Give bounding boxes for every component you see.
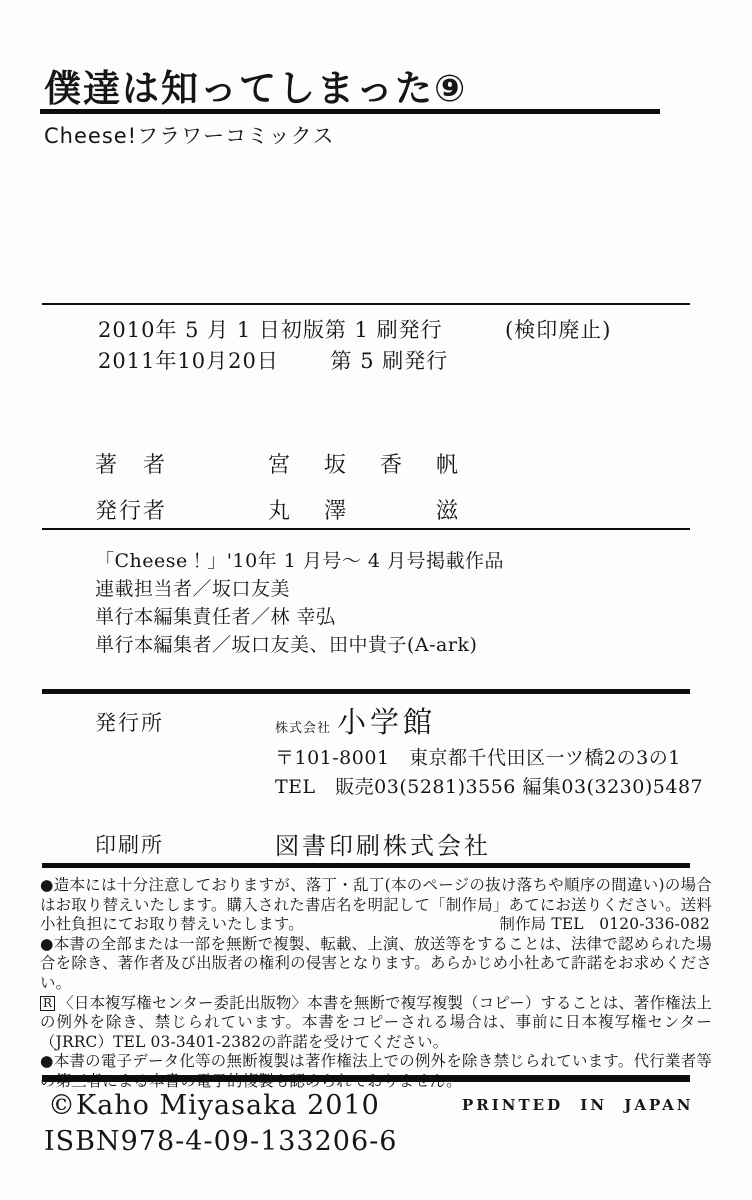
publisher-top-rule: [42, 689, 690, 694]
footer-rule: [42, 1075, 690, 1082]
legal-copyright-paragraph: ●本書の全部または一部を無断で複製、転載、上演、放送等をすることは、法律で認めら…: [40, 935, 712, 994]
publisher-person-name: 丸 澤 滋: [268, 494, 464, 525]
legal-jrrc-text: 〈日本複写権センター委託出版物〉本書を無断で複写複製（コピー）することは、著作権…: [40, 994, 712, 1051]
legal-digital-paragraph: ●本書の電子データ化等の無断複製は著作権法上での例外を除き禁じられています。代行…: [40, 1052, 712, 1091]
author-name: 宮 坂 香 帆: [268, 448, 464, 479]
publisher-person-label: 発行者: [95, 494, 167, 525]
legal-notices: ●造本には十分注意しておりますが、落丁・乱丁(本のページの抜け落ちや順序の間違い…: [40, 876, 712, 1092]
publishing-house-label: 発行所: [95, 707, 164, 737]
company-prefix: 株式会社: [275, 721, 331, 736]
printed-in-japan: PRINTED IN JAPAN: [462, 1096, 694, 1114]
printer-bottom-rule: [42, 863, 690, 868]
serialization-block: 「Cheese！」'10年 1 月号～ 4 月号掲載作品 連載担当者／坂口友美 …: [95, 547, 504, 659]
inspection-note: (検印廃止): [505, 314, 611, 344]
book-title: 僕達は知ってしまった⑨: [44, 58, 467, 112]
isbn-line: ISBN978-4-09-133206-6: [44, 1126, 397, 1157]
copyright-line: ©Kaho Miyasaka 2010: [48, 1090, 380, 1121]
imprint-line: Cheese!フラワーコミックス: [44, 120, 334, 150]
serialization-line: 「Cheese！」'10年 1 月号～ 4 月号掲載作品: [95, 547, 504, 575]
publisher-address: 〒101-8001 東京都千代田区一ツ橋2の3の1: [275, 743, 681, 770]
edition-top-rule: [42, 303, 690, 305]
current-printing-line: 2011年10月20日 第 5 刷発行: [98, 345, 448, 375]
publishing-house-name: 株式会社小学館: [275, 700, 436, 741]
credits-bottom-rule: [42, 528, 690, 530]
serialization-line: 単行本編集者／坂口友美、田中貴子(A-ark): [95, 631, 504, 659]
author-label: 著 者: [95, 448, 167, 479]
legal-jrrc-paragraph: R〈日本複写権センター委託出版物〉本書を無断で複写複製（コピー）することは、著作…: [40, 994, 712, 1053]
company-name: 小学館: [337, 705, 436, 739]
printer-label: 印刷所: [95, 829, 164, 859]
first-printing-line: 2010年 5 月 1 日初版第 1 刷発行: [98, 314, 443, 344]
jrrc-r-mark: R: [40, 996, 55, 1011]
publisher-tel: TEL 販売03(5281)3556 編集03(3230)5487: [275, 772, 703, 799]
production-bureau-tel: 制作局 TEL 0120-336-082: [492, 915, 711, 935]
colophon-page: 僕達は知ってしまった⑨ Cheese!フラワーコミックス 2010年 5 月 1…: [0, 0, 752, 1200]
serialization-line: 単行本編集責任者／林 幸弘: [95, 603, 504, 631]
printer-name: 図書印刷株式会社: [275, 826, 491, 861]
serialization-line: 連載担当者／坂口友美: [95, 575, 504, 603]
title-rule: [40, 109, 660, 114]
